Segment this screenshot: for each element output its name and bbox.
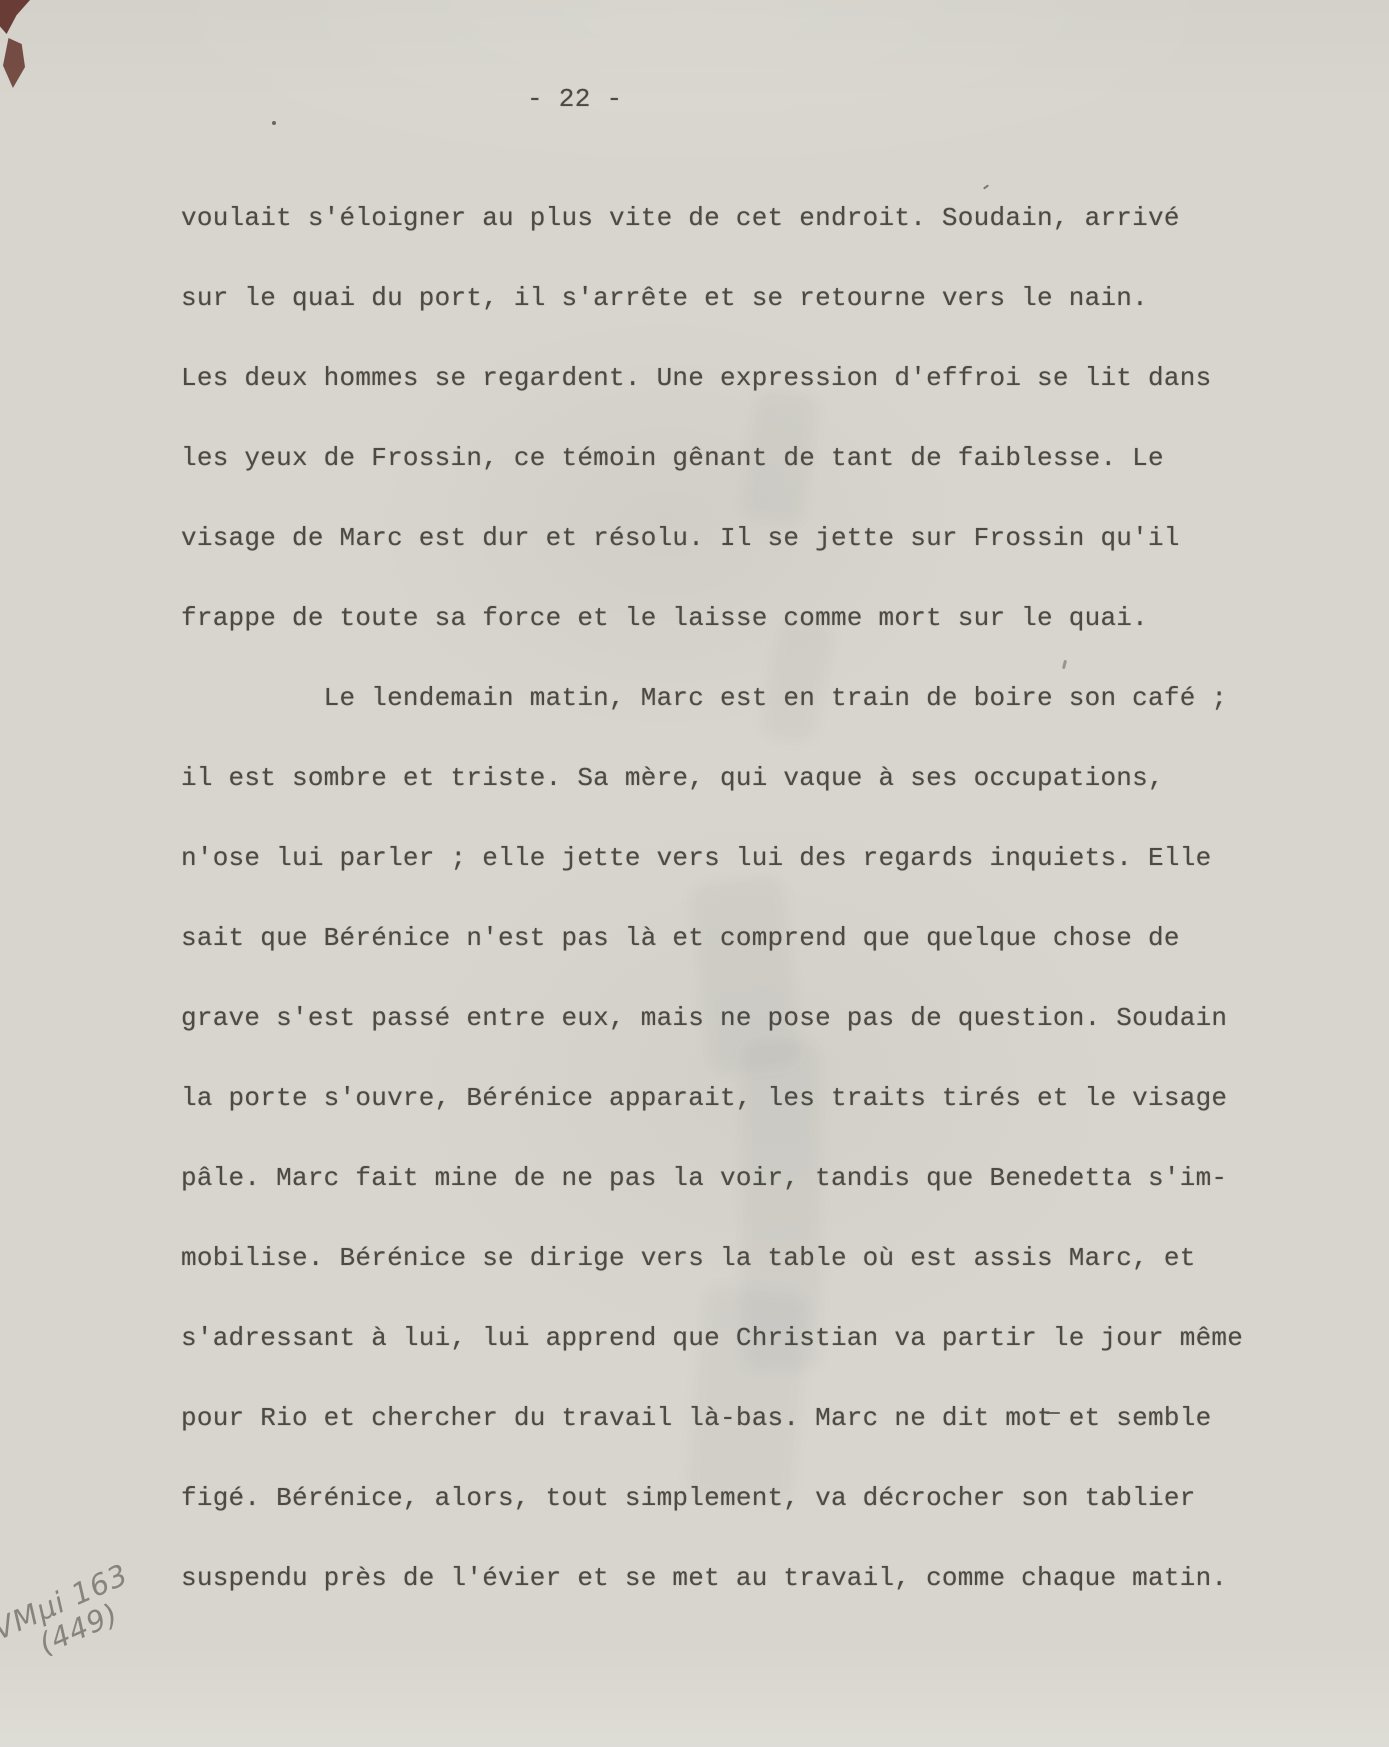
text-line: il est sombre et triste. Sa mère, qui va… <box>181 762 1311 842</box>
text-line: la porte s'ouvre, Bérénice apparait, les… <box>181 1082 1311 1162</box>
text-line: visage de Marc est dur et résolu. Il se … <box>181 522 1311 602</box>
binding-corner-mark <box>3 38 25 88</box>
text-line: frappe de toute sa force et le laisse co… <box>181 602 1311 682</box>
text-line: grave s'est passé entre eux, mais ne pos… <box>181 1002 1311 1082</box>
text-line: voulait s'éloigner au plus vite de cet e… <box>181 202 1311 282</box>
text-line: figé. Bérénice, alors, tout simplement, … <box>181 1482 1311 1562</box>
text-line: suspendu près de l'évier et se met au tr… <box>181 1562 1311 1642</box>
text-line: sait que Bérénice n'est pas là et compre… <box>181 922 1311 1002</box>
ink-speck <box>272 121 276 125</box>
text-line: n'ose lui parler ; elle jette vers lui d… <box>181 842 1311 922</box>
handwritten-annotation: VMµi 163 (449) <box>0 1559 145 1674</box>
text-line: s'adressant à lui, lui apprend que Chris… <box>181 1322 1311 1402</box>
text-line: les yeux de Frossin, ce témoin gênant de… <box>181 442 1311 522</box>
ink-speck <box>983 184 989 189</box>
text-line: pâle. Marc fait mine de ne pas la voir, … <box>181 1162 1311 1242</box>
scanned-typescript-page: - 22 - voulait s'éloigner au plus vite d… <box>0 0 1389 1747</box>
typewritten-body: voulait s'éloigner au plus vite de cet e… <box>181 202 1311 1642</box>
text-line: sur le quai du port, il s'arrête et se r… <box>181 282 1311 362</box>
text-line: Les deux hommes se regardent. Une expres… <box>181 362 1311 442</box>
binding-corner-mark <box>0 0 30 34</box>
text-line: Le lendemain matin, Marc est en train de… <box>181 682 1311 762</box>
text-line: pour Rio et chercher du travail là-bas. … <box>181 1402 1311 1482</box>
page-number: - 22 - <box>527 84 622 114</box>
text-line: mobilise. Bérénice se dirige vers la tab… <box>181 1242 1311 1322</box>
